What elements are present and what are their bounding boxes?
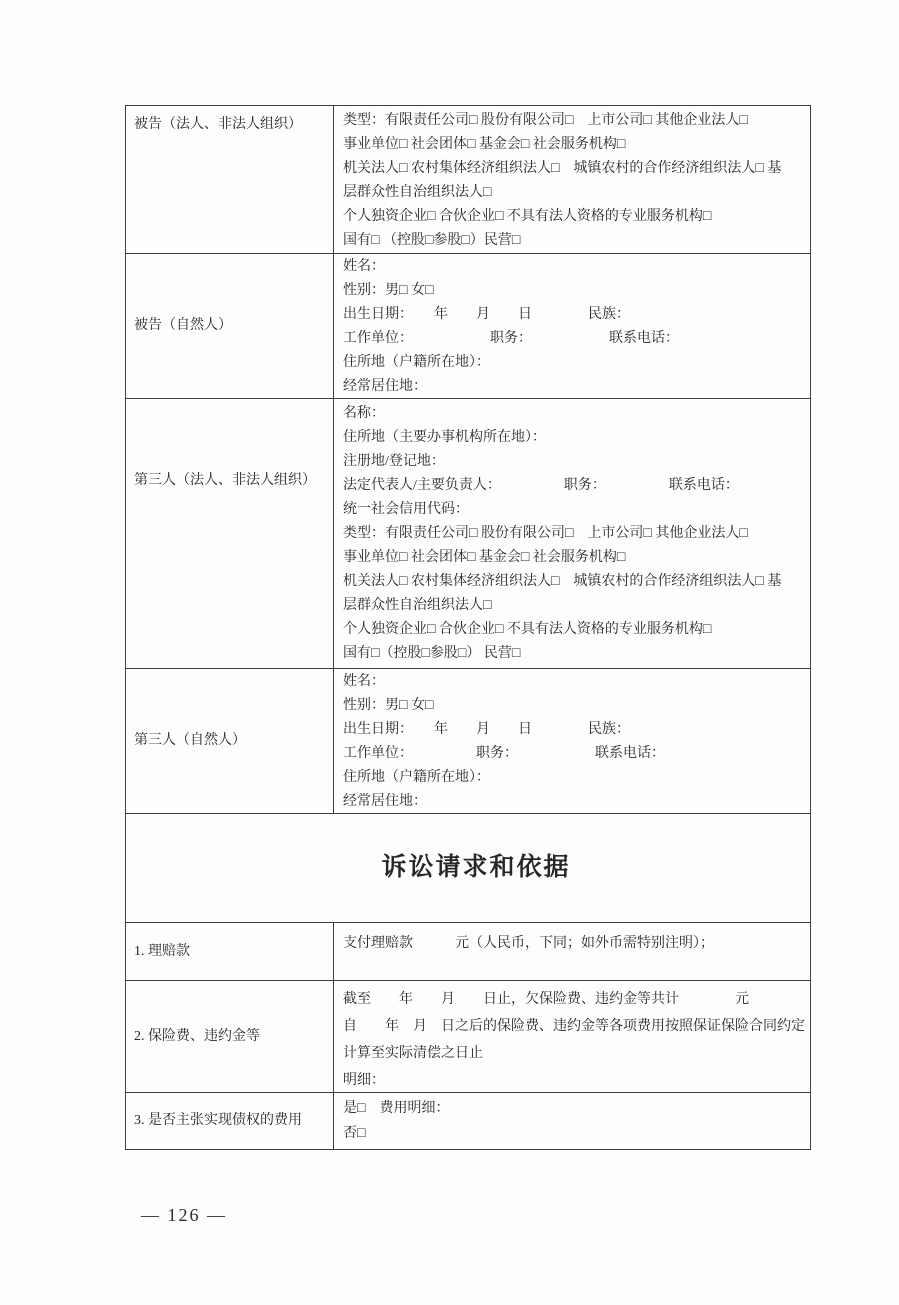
- complaint-form-table: 被告（法人、非法人组织） 类型：有限责任公司□ 股份有限公司□ 上市公司□ 其他…: [125, 105, 811, 1150]
- form-line: 经常居住地：: [343, 375, 806, 398]
- form-line: 事业单位□ 社会团体□ 基金会□ 社会服务机构□: [343, 546, 806, 570]
- form-line: 类型：有限责任公司□ 股份有限公司□ 上市公司□ 其他企业法人□: [343, 522, 806, 546]
- form-row-thirdparty-person: 第三人（自然人） 姓名： 性别：男□ 女□ 出生日期： 年 月 日 民族： 工作…: [126, 669, 810, 814]
- row-content: 名称： 住所地（主要办事机构所在地）： 注册地/登记地： 法定代表人/主要负责人…: [334, 399, 810, 668]
- form-line: 注册地/登记地：: [343, 450, 806, 474]
- form-row-defendant-org: 被告（法人、非法人组织） 类型：有限责任公司□ 股份有限公司□ 上市公司□ 其他…: [126, 106, 810, 254]
- form-line: 经常居住地：: [343, 790, 806, 813]
- form-line: 工作单位： 职务： 联系电话：: [343, 742, 806, 766]
- row-content: 姓名： 性别：男□ 女□ 出生日期： 年 月 日 民族： 工作单位： 职务： 联…: [334, 669, 810, 813]
- form-line: 是□ 费用明细：: [343, 1096, 806, 1121]
- page-number: — 126 —: [141, 1205, 227, 1226]
- row-label: 第三人（法人、非法人组织）: [126, 399, 334, 668]
- form-line: 支付理赔款 元（人民币，下同；如外币需特别注明）；: [343, 932, 806, 956]
- row-content: 类型：有限责任公司□ 股份有限公司□ 上市公司□ 其他企业法人□ 事业单位□ 社…: [334, 106, 810, 253]
- form-line: 个人独资企业□ 合伙企业□ 不具有法人资格的专业服务机构□: [343, 618, 806, 642]
- scanned-document-page: 被告（法人、非法人组织） 类型：有限责任公司□ 股份有限公司□ 上市公司□ 其他…: [0, 0, 899, 1305]
- form-line: 出生日期： 年 月 日 民族：: [343, 303, 806, 327]
- row-label: 被告（法人、非法人组织）: [126, 106, 334, 253]
- claim-row-compensation: 1. 理赔款 支付理赔款 元（人民币，下同；如外币需特别注明）；: [126, 923, 810, 981]
- form-line: 层群众性自治组织法人□: [343, 594, 806, 618]
- form-line: 否□: [343, 1121, 806, 1146]
- row-content: 姓名： 性别：男□ 女□ 出生日期： 年 月 日 民族： 工作单位： 职务： 联…: [334, 254, 810, 398]
- form-line: 层群众性自治组织法人□: [343, 181, 806, 205]
- form-row-thirdparty-org: 第三人（法人、非法人组织） 名称： 住所地（主要办事机构所在地）： 注册地/登记…: [126, 399, 810, 669]
- form-line: 国有□ （控股□参股□）民营□: [343, 229, 806, 253]
- form-line: 姓名：: [343, 255, 806, 279]
- form-line: 事业单位□ 社会团体□ 基金会□ 社会服务机构□: [343, 133, 806, 157]
- form-line: 住所地（户籍所在地）：: [343, 766, 806, 790]
- row-content: 截至 年 月 日止，欠保险费、违约金等共计 元 自 年 月 日之后的保险费、违约…: [334, 981, 810, 1092]
- form-line: 个人独资企业□ 合伙企业□ 不具有法人资格的专业服务机构□: [343, 205, 806, 229]
- row-label: 3. 是否主张实现债权的费用: [126, 1093, 334, 1149]
- row-label: 第三人（自然人）: [126, 669, 334, 813]
- form-line: 截至 年 月 日止，欠保险费、违约金等共计 元: [343, 986, 806, 1013]
- row-content: 支付理赔款 元（人民币，下同；如外币需特别注明）；: [334, 923, 810, 980]
- form-line: 出生日期： 年 月 日 民族：: [343, 718, 806, 742]
- form-line: 类型：有限责任公司□ 股份有限公司□ 上市公司□ 其他企业法人□: [343, 109, 806, 133]
- form-line: 自 年 月 日之后的保险费、违约金等各项费用按照保证保险合同约定: [343, 1013, 806, 1040]
- form-line: 性别：男□ 女□: [343, 279, 806, 303]
- form-line: 计算至实际清偿之日止: [343, 1040, 806, 1067]
- form-line: 住所地（户籍所在地）：: [343, 351, 806, 375]
- form-line: 机关法人□ 农村集体经济组织法人□ 城镇农村的合作经济组织法人□ 基: [343, 157, 806, 181]
- form-line: 明细：: [343, 1067, 806, 1092]
- form-line: 性别：男□ 女□: [343, 694, 806, 718]
- form-line: 统一社会信用代码：: [343, 498, 806, 522]
- form-line: 姓名：: [343, 670, 806, 694]
- row-label: 1. 理赔款: [126, 923, 334, 980]
- form-line: 法定代表人/主要负责人： 职务： 联系电话：: [343, 474, 806, 498]
- row-label: 被告（自然人）: [126, 254, 334, 398]
- form-line: 住所地（主要办事机构所在地）：: [343, 426, 806, 450]
- claim-row-realization-costs: 3. 是否主张实现债权的费用 是□ 费用明细： 否□: [126, 1093, 810, 1149]
- form-line: 国有□（控股□参股□） 民营□: [343, 642, 806, 666]
- row-label: 2. 保险费、违约金等: [126, 981, 334, 1092]
- form-line: 名称：: [343, 402, 806, 426]
- section-header-row: 诉讼请求和依据: [126, 814, 810, 923]
- form-row-defendant-person: 被告（自然人） 姓名： 性别：男□ 女□ 出生日期： 年 月 日 民族： 工作单…: [126, 254, 810, 399]
- row-content: 是□ 费用明细： 否□: [334, 1093, 810, 1149]
- form-line: 机关法人□ 农村集体经济组织法人□ 城镇农村的合作经济组织法人□ 基: [343, 570, 806, 594]
- claim-row-premium: 2. 保险费、违约金等 截至 年 月 日止，欠保险费、违约金等共计 元 自 年 …: [126, 981, 810, 1093]
- section-title: 诉讼请求和依据: [134, 814, 818, 921]
- form-line: 工作单位： 职务： 联系电话：: [343, 327, 806, 351]
